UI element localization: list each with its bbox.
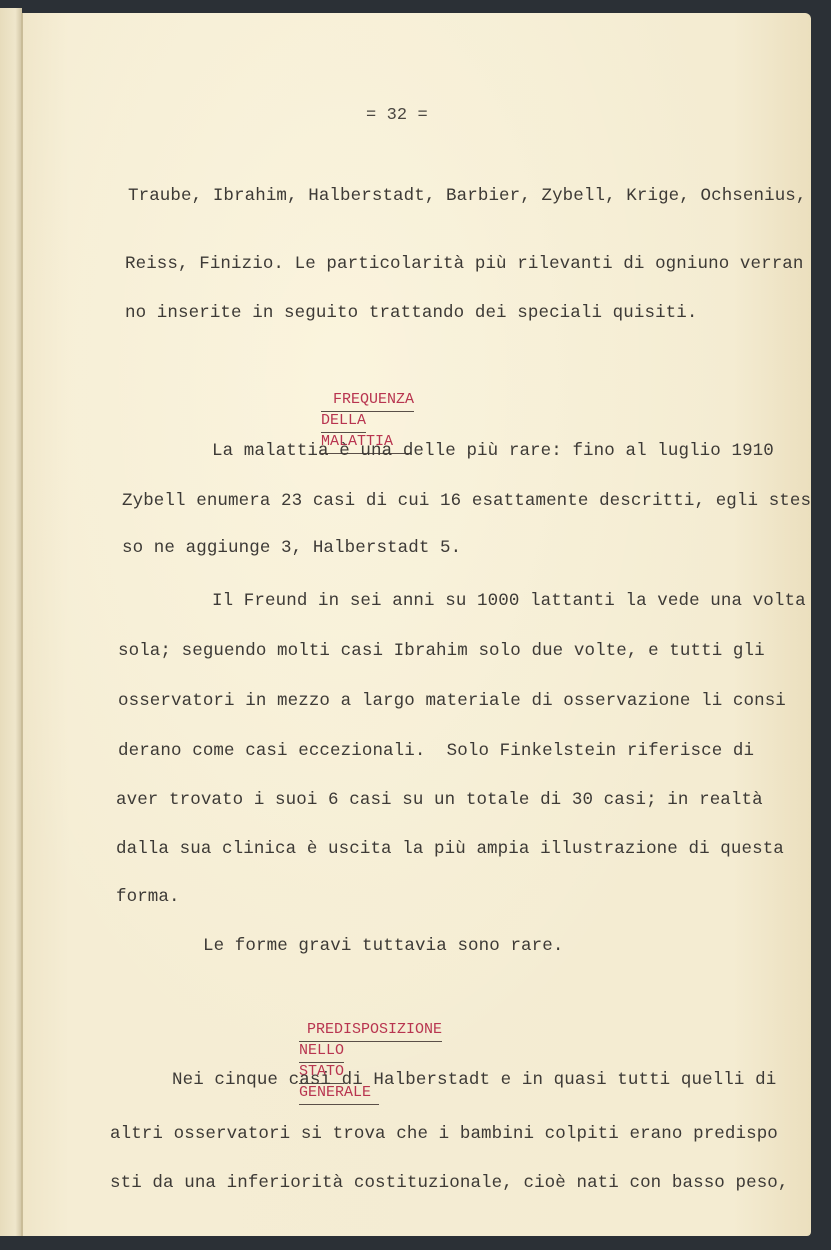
text-line: derano come casi eccezionali. Solo Finke… [118,741,754,761]
text-line: osservatori in mezzo a largo materiale d… [118,691,786,711]
text-line: sola; seguendo molti casi Ibrahim solo d… [118,641,765,661]
heading-word: PREDISPOSIZIONE [299,1021,442,1042]
text-line: aver trovato i suoi 6 casi su un totale … [116,790,763,810]
page-number: = 32 = [366,106,428,125]
text-line: dalla sua clinica è uscita la più ampia … [116,839,784,859]
text-line: Nei cinque casi di Halberstadt e in quas… [172,1070,776,1090]
text-line: La malattia è una delle più rare: fino a… [212,441,774,461]
previous-page-edge [0,8,22,1236]
text-line: Zybell enumera 23 casi di cui 16 esattam… [122,491,811,511]
text-line: altri osservatori si trova che i bambini… [110,1124,778,1144]
book-gutter [21,13,23,1236]
text-line: Il Freund in sei anni su 1000 lattanti l… [212,591,806,611]
heading-word: FREQUENZA [321,391,414,412]
text-line: Reiss, Finizio. Le particolarità più ril… [125,254,804,274]
text-line: sti da una inferiorità costituzionale, c… [110,1173,789,1193]
heading-word: DELLA [321,412,366,433]
text-line: no inserite in seguito trattando dei spe… [125,303,698,323]
text-line: Traube, Ibrahim, Halberstadt, Barbier, Z… [128,186,807,206]
text-line: Le forme gravi tuttavia sono rare. [203,936,563,956]
text-line: forma. [116,887,180,907]
heading-word: NELLO [299,1042,344,1063]
text-line: so ne aggiunge 3, Halberstadt 5. [122,538,461,558]
